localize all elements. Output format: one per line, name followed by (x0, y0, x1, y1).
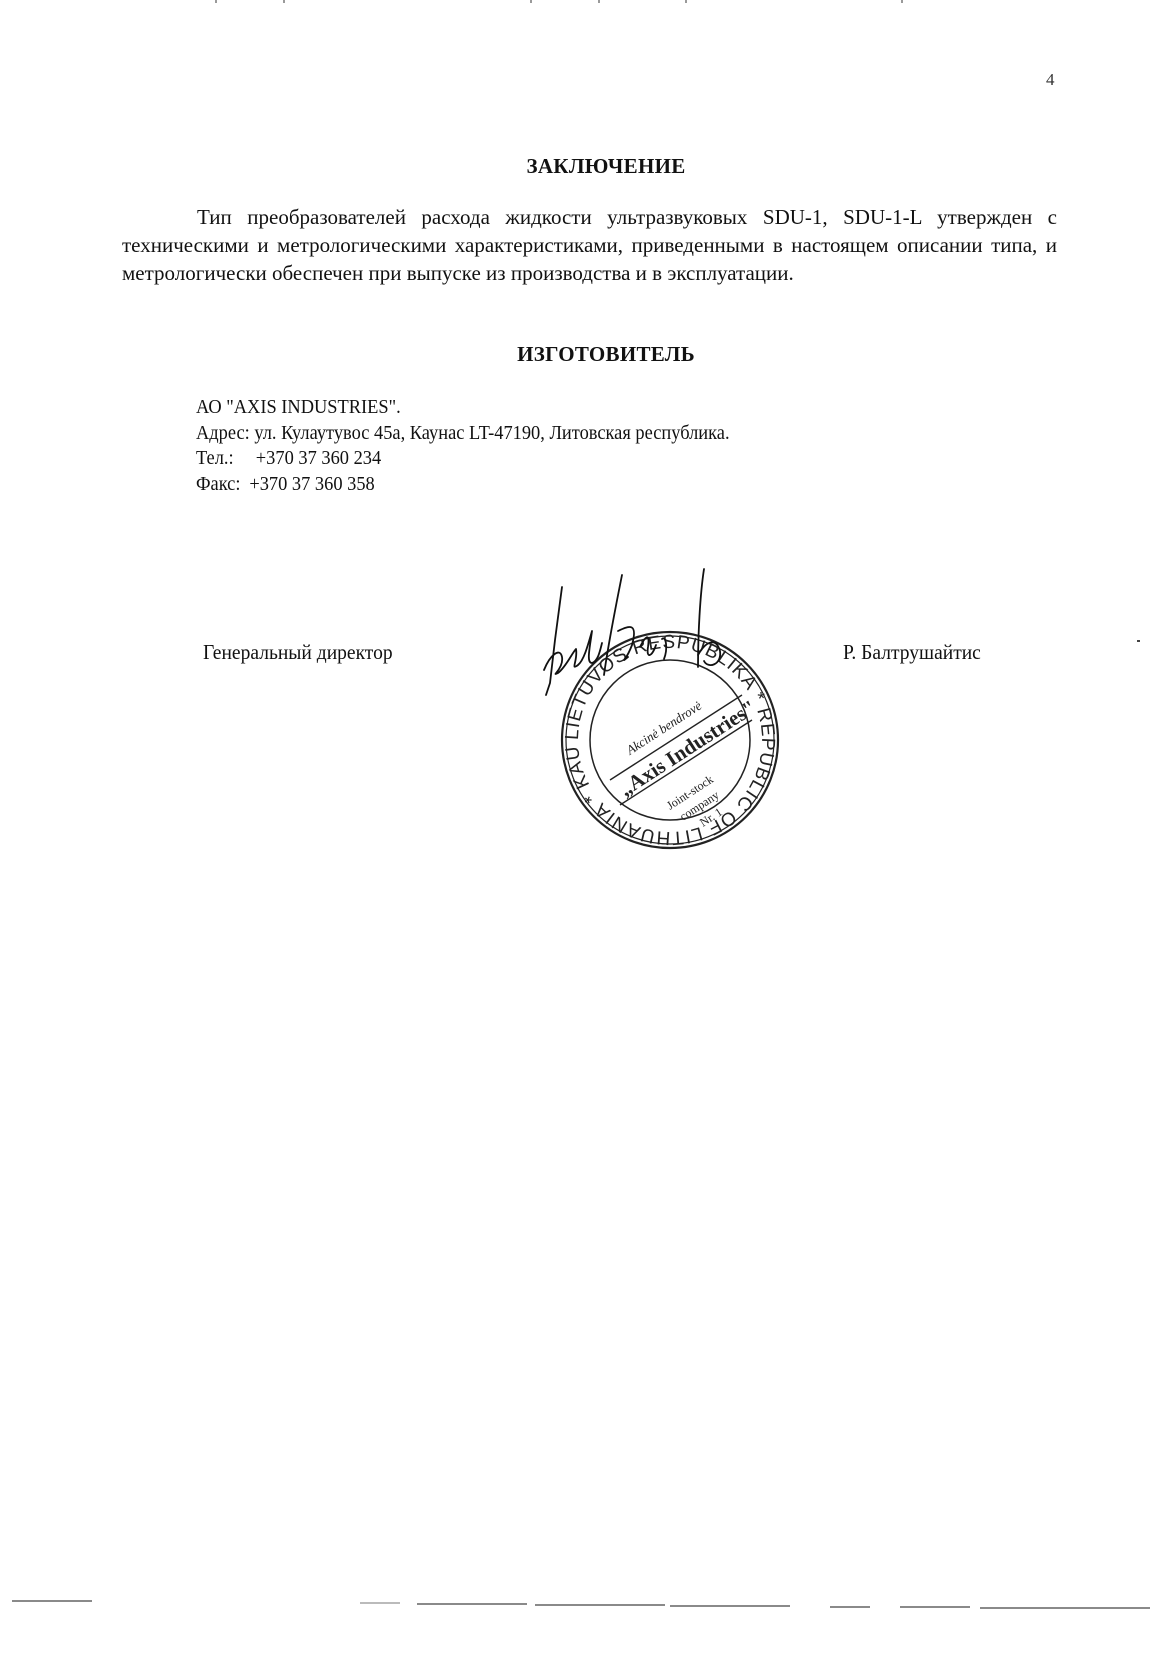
director-title: Генеральный директор (203, 640, 393, 665)
signature-and-stamp: LIETUVOS RESPUBLIKA * REPUBLIC OF LITHUA… (520, 565, 820, 855)
handwritten-signature-icon (544, 569, 720, 695)
scan-artifact-dot (1137, 640, 1140, 642)
page-number: 4 (1046, 70, 1055, 90)
conclusion-heading: ЗАКЛЮЧЕНИЕ (20, 154, 1172, 179)
fax-number: +370 37 360 358 (249, 473, 374, 495)
fax-line: Факс:+370 37 360 358 (196, 472, 730, 498)
manufacturer-details: АО "AXIS INDUSTRIES". Адрес: ул. Кулауту… (196, 395, 730, 497)
fax-label: Факс: (196, 472, 249, 498)
scan-artifact-bottom (0, 1600, 1172, 1620)
conclusion-paragraph: Тип преобразователей расхода жидкости ул… (122, 203, 1057, 287)
company-address: Адрес: ул. Кулаутувос 45а, Каунас LT-471… (196, 421, 730, 447)
phone-label: Тел.: (196, 446, 256, 472)
company-name: АО "AXIS INDUSTRIES". (196, 395, 730, 421)
director-name: Р. Балтрушайтис (843, 640, 981, 665)
scan-artifact-top (0, 0, 1172, 4)
phone-number: +370 37 360 234 (256, 447, 381, 469)
manufacturer-heading: ИЗГОТОВИТЕЛЬ (20, 342, 1172, 367)
phone-line: Тел.:+370 37 360 234 (196, 446, 730, 472)
